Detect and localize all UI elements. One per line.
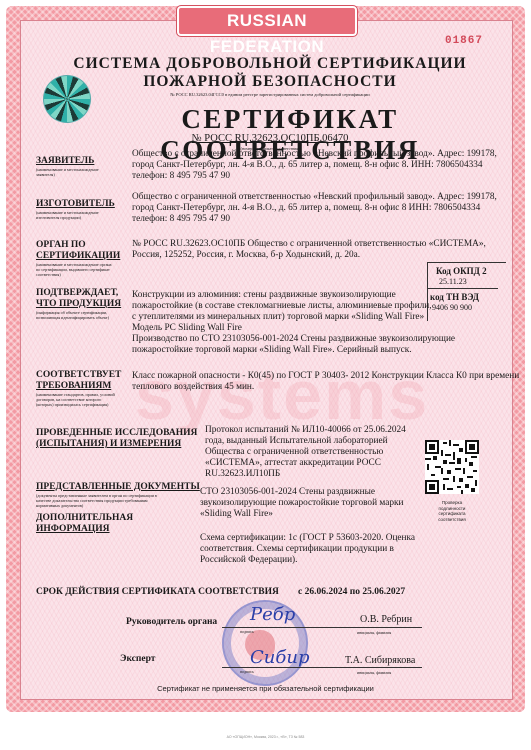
tests-line: Общества с ограниченной ответственностью — [205, 447, 406, 458]
applicant-line: телефон: 8 495 795 47 90 — [132, 171, 497, 182]
applicant-value: Общество с ограниченной ответственностью… — [132, 149, 497, 182]
certification-body-label-line1: ОРГАН ПО — [36, 240, 86, 250]
okpd-label: Код ОКПД 2 — [436, 266, 487, 276]
system-registry: № РОСС RU.32623.04ГСС0 в едином реестре … — [60, 92, 480, 97]
manufacturer-line: город Санкт-Петербург, лн. 4-я В.О., д. … — [132, 203, 497, 214]
printer-note: АО «ОПЦИОН», Москва, 2023 г., «В», ТЗ № … — [0, 735, 531, 739]
documents-line: звукоизолирующие пожаростойкие торговой … — [200, 498, 403, 509]
product-line: Модель PC Sliding Wall Fire — [132, 323, 455, 334]
certification-body-line: № РОСС RU.32623.ОС10ПБ Общество с ограни… — [132, 239, 486, 250]
qr-caption-line: соответствия — [420, 517, 484, 523]
watermark: systems — [135, 355, 429, 435]
signature-role-expert: Эксперт — [120, 654, 155, 664]
additional-info-label-line2: ИНФОРМАЦИЯ — [36, 524, 110, 534]
requirements-caption: (наименование стандартов, правил, услови… — [36, 392, 116, 407]
manufacturer-label-text: ИЗГОТОВИТЕЛЬ — [36, 199, 115, 209]
serial-number: 01867 — [445, 35, 483, 47]
qr-caption: Проверка подлинности сертификата соответ… — [420, 500, 484, 522]
applicant-line: город Санкт-Петербург, лн. 4-я В.О., д. … — [132, 160, 497, 171]
certification-body-caption: (наименование и местонахождение органа п… — [36, 262, 116, 277]
manufacturer-line: телефон: 8 495 795 47 90 — [132, 214, 497, 225]
additional-info-value: Схема сертификации: 1с (ГОСТ Р 53603-202… — [200, 533, 415, 566]
product-label: ПОДТВЕРЖДАЕТ, ЧТО ПРОДУКЦИЯ (информация … — [36, 288, 121, 320]
applicant-label-text: ЗАЯВИТЕЛЬ — [36, 156, 94, 166]
tests-value: Протокол испытаний № ИЛ10-40066 от 25.06… — [205, 425, 406, 480]
additional-info-line: соответствия. Схемы сертификации продукц… — [200, 544, 415, 555]
documents-caption: (документы представленные заявителем в о… — [36, 493, 166, 508]
product-label-line2: ЧТО ПРОДУКЦИЯ — [36, 299, 121, 309]
certification-body-label-line2: СЕРТИФИКАЦИИ — [36, 251, 120, 261]
requirements-label-line1: СООТВЕТСТВУЕТ — [36, 370, 121, 380]
documents-line: СТО 23103056-001-2024 Стены раздвижные — [200, 487, 403, 498]
validity-label: СРОК ДЕЙСТВИЯ СЕРТИФИКАТА СООТВЕТСТВИЯ — [36, 587, 279, 597]
signatory-name-expert: Т.А. Сибирякова — [345, 655, 415, 666]
tests-line: RU.32623.ИЛ10ПБ — [205, 469, 406, 480]
certification-body-value: № РОСС RU.32623.ОС10ПБ Общество с ограни… — [132, 239, 486, 261]
tests-label-line2: (ИСПЫТАНИЯ) И ИЗМЕРЕНИЯ — [36, 439, 181, 449]
signatory-name-head: О.В. Ребрин — [360, 614, 412, 625]
hologram-seal-icon — [44, 76, 90, 122]
signature-head: Ребр — [250, 604, 295, 625]
name-caption-head: инициалы, фамилия — [357, 630, 391, 635]
product-line: с утеплителями из минеральных плит) торг… — [132, 312, 455, 323]
product-caption: (информация об объекте сертификации, поз… — [36, 310, 116, 320]
documents-value: СТО 23103056-001-2024 Стены раздвижные з… — [200, 487, 403, 520]
sign-caption-expert: подпись — [240, 669, 254, 674]
product-line: пожаростойкие (в составе стекломагниевые… — [132, 301, 455, 312]
qr-code-icon[interactable] — [425, 440, 479, 494]
manufacturer-value: Общество с ограниченной ответственностью… — [132, 192, 497, 225]
name-caption-expert: инициалы, фамилия — [357, 670, 391, 675]
manufacturer-caption: (наименование и местонахождение изготови… — [36, 210, 116, 220]
product-value: Конструкции из алюминия: стены раздвижны… — [132, 290, 455, 356]
product-line: Конструкции из алюминия: стены раздвижны… — [132, 290, 455, 301]
requirements-line: теплового воздействия 45 мин. — [132, 382, 519, 393]
additional-info-line: Схема сертификации: 1с (ГОСТ Р 53603-202… — [200, 533, 415, 544]
manufacturer-label: ИЗГОТОВИТЕЛЬ (наименование и местонахожд… — [36, 199, 116, 220]
footer-note: Сертификат не применяется при обязательн… — [0, 684, 531, 693]
sign-caption-head: подпись — [240, 629, 254, 634]
additional-info-line: Российской Федерации). — [200, 555, 415, 566]
okpd-value: 25.11.23 — [439, 277, 467, 286]
system-title-line1: СИСТЕМА ДОБРОВОЛЬНОЙ СЕРТИФИКАЦИИ — [60, 55, 480, 72]
tests-label: ПРОВЕДЕННЫЕ ИССЛЕДОВАНИЯ (ИСПЫТАНИЯ) И И… — [36, 428, 197, 450]
additional-info-label: ДОПОЛНИТЕЛЬНАЯ ИНФОРМАЦИЯ — [36, 513, 133, 535]
signature-role-head: Руководитель органа — [126, 617, 217, 627]
tests-label-line1: ПРОВЕДЕННЫЕ ИССЛЕДОВАНИЯ — [36, 428, 197, 438]
manufacturer-line: Общество с ограниченной ответственностью… — [132, 192, 497, 203]
product-line: Производство по СТО 23103056-001-2024 Ст… — [132, 334, 455, 345]
documents-label-text: ПРЕДСТАВЛЕННЫЕ ДОКУМЕНТЫ — [36, 482, 200, 492]
product-line: пожаростойкие торговой марки «Sliding Wa… — [132, 345, 455, 356]
requirements-label-line2: ТРЕБОВАНИЯМ — [36, 381, 111, 391]
banner-russian-federation: RUSSIAN FEDERATION — [177, 6, 357, 36]
applicant-line: Общество с ограниченной ответственностью… — [132, 149, 497, 160]
product-label-line1: ПОДТВЕРЖДАЕТ, — [36, 288, 118, 298]
signature-line-head — [222, 627, 422, 628]
signature-line-expert — [222, 667, 422, 668]
codes-divider — [428, 288, 498, 289]
certification-body-label: ОРГАН ПО СЕРТИФИКАЦИИ (наименование и ме… — [36, 240, 120, 277]
applicant-caption: (наименование и местонахождение заявител… — [36, 167, 116, 177]
tests-line: года, выданный Испытательной лабораторие… — [205, 436, 406, 447]
tests-line: Протокол испытаний № ИЛ10-40066 от 25.06… — [205, 425, 406, 436]
requirements-label: СООТВЕТСТВУЕТ ТРЕБОВАНИЯМ (наименование … — [36, 370, 121, 407]
requirements-line: Класс пожарной опасности - К0(45) по ГОС… — [132, 371, 519, 382]
requirements-value: Класс пожарной опасности - К0(45) по ГОС… — [132, 371, 519, 393]
validity-value: с 26.06.2024 по 25.06.2027 — [298, 587, 405, 597]
tests-line: «СИСТЕМА», аттестат аккредитации РОСС — [205, 458, 406, 469]
documents-line: «Sliding Wall Fire» — [200, 509, 403, 520]
documents-label: ПРЕДСТАВЛЕННЫЕ ДОКУМЕНТЫ (документы пред… — [36, 482, 200, 508]
certification-body-line: Россия, 125252, Россия, г. Москва, б-р Х… — [132, 250, 486, 261]
system-title-line2: ПОЖАРНОЙ БЕЗОПАСНОСТИ — [60, 73, 480, 90]
certificate-number: № РОСС RU.32623.ОС10ПБ.06470 — [150, 133, 390, 144]
additional-info-label-line1: ДОПОЛНИТЕЛЬНАЯ — [36, 513, 133, 523]
signature-expert: Сибир — [250, 647, 309, 668]
applicant-label: ЗАЯВИТЕЛЬ (наименование и местонахождени… — [36, 156, 116, 177]
